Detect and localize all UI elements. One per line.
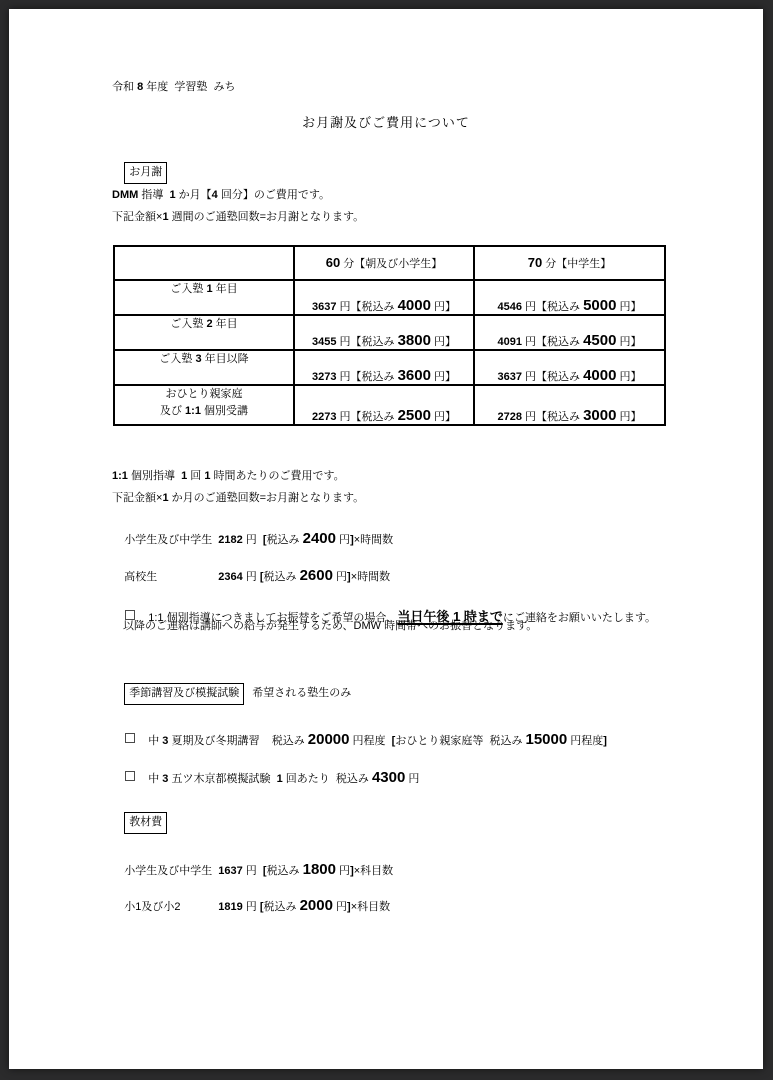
text-segment: 時間あたりのご費用です。	[210, 470, 344, 482]
text-segment: 円	[243, 534, 263, 546]
text-segment: 2273	[312, 411, 336, 423]
text-segment: 円【税込み	[336, 371, 397, 383]
text-segment: ×科目数	[354, 865, 393, 877]
text-segment: 3637	[312, 301, 336, 313]
text-segment: 指導	[138, 189, 169, 201]
page-title: お月謝及びご費用について	[9, 115, 763, 130]
text-segment: ご入塾	[170, 283, 206, 295]
text-segment: 3273	[312, 371, 336, 383]
text-segment: 年目以降	[202, 353, 249, 365]
text-segment: DMM	[112, 189, 138, 201]
doc-header: 令和 8 年度 学習塾 みち	[112, 80, 235, 95]
seasonal-course-fee: 中 3 夏期及び冬期講習 税込み 20000 円程度 [おひとり親家庭等 税込み…	[148, 735, 607, 747]
individual-intro-line-2: 下記金額×1 か月のご通塾回数=お月謝となります。	[112, 491, 364, 506]
fee-amount: 2182 円 [税込み 2400 円]×時間数	[218, 534, 393, 546]
text-segment: おひとり親家庭等 税込み	[395, 735, 525, 747]
text-segment: 税込み	[267, 865, 303, 877]
text-segment: 税込み	[264, 901, 300, 913]
row-label-year1: ご入塾 1 年目	[114, 280, 294, 315]
text-segment: 15000	[526, 731, 568, 748]
header-cell-60min: 60 分【朝及び小学生】	[294, 246, 474, 280]
fee-cell: 2728 円【税込み 3000 円】	[474, 385, 665, 425]
text-segment: 税込み	[267, 534, 303, 546]
text-segment: 令和	[112, 81, 137, 93]
text-segment: 五ツ木京都模擬試験	[168, 773, 276, 785]
text-segment: 円	[243, 865, 263, 877]
text-segment: 円	[336, 534, 350, 546]
header-cell-70min: 70 分【中学生】	[474, 246, 665, 280]
text-segment: 4500	[583, 332, 616, 349]
text-segment: 円】	[616, 411, 641, 423]
text-segment: 3455	[312, 336, 336, 348]
text-segment: 税込み	[264, 571, 300, 583]
materials-box-label: 教材費	[124, 812, 167, 834]
text-segment: 年度 学習塾 みち	[143, 81, 235, 93]
fee-cell: 3637 円【税込み 4000 円】	[294, 280, 474, 315]
section-materials: 教材費	[112, 797, 167, 849]
text-segment: 下記金額×	[112, 211, 162, 223]
text-segment: 1:1	[112, 470, 128, 482]
text-segment: 円】	[616, 336, 641, 348]
text-segment: 中	[148, 773, 162, 785]
seasonal-item-mock-exam: 中 3 五ツ木京都模擬試験 1 回あたり 税込み 4300 円	[113, 755, 419, 802]
viewer-background: { "doc": { "header": [ {"t":"令和 ","s":""…	[0, 0, 773, 1080]
text-segment: ×科目数	[351, 901, 390, 913]
header-cell-empty	[114, 246, 294, 280]
text-segment: 中	[148, 735, 162, 747]
text-segment: 分【朝及び小学生】	[340, 258, 442, 270]
text-segment: 円】	[431, 411, 456, 423]
text-segment: 4000	[583, 367, 616, 384]
text-segment: 夏期及び冬期講習 税込み	[168, 735, 307, 747]
seasonal-note: 希望される塾生のみ	[252, 687, 351, 699]
text-segment: 60	[326, 255, 340, 270]
checkbox-icon	[125, 733, 135, 743]
monthly-fee-table: 60 分【朝及び小学生】 70 分【中学生】 ご入塾 1 年目 3637 円【税…	[113, 245, 666, 426]
text-segment: 2728	[497, 411, 521, 423]
text-segment: 円】	[431, 336, 456, 348]
table-row: ご入塾 2 年目 3455 円【税込み 3800 円】 4091 円【税込み 4…	[114, 315, 665, 350]
text-segment: 回分】のご費用です。	[218, 189, 330, 201]
text-segment: 年目	[213, 283, 238, 295]
fee-name-label: 小1及び小2	[124, 900, 218, 915]
text-segment: ]	[603, 735, 607, 747]
monthly-fee-box-label: お月謝	[124, 162, 167, 184]
fee-cell: 3273 円【税込み 3600 円】	[294, 350, 474, 385]
text-segment: 3800	[398, 332, 431, 349]
mock-exam-fee: 中 3 五ツ木京都模擬試験 1 回あたり 税込み 4300 円	[148, 773, 419, 785]
text-segment: 円程度	[567, 735, 603, 747]
table-row: ご入塾 3 年目以降 3273 円【税込み 3600 円】 3637 円【税込み…	[114, 350, 665, 385]
fee-cell: 3455 円【税込み 3800 円】	[294, 315, 474, 350]
text-segment: 円】	[616, 371, 641, 383]
monthly-intro-line-1: DMM 指導 1 か月【4 回分】のご費用です。	[112, 188, 330, 203]
text-segment: 円【税込み	[336, 411, 397, 423]
row-label-year2: ご入塾 2 年目	[114, 315, 294, 350]
text-segment: 1637	[218, 865, 242, 877]
fee-cell: 4091 円【税込み 4500 円】	[474, 315, 665, 350]
text-segment: ご入塾	[170, 318, 206, 330]
text-segment: 70	[528, 255, 542, 270]
text-segment: 円程度	[349, 735, 391, 747]
seasonal-box-label: 季節講習及び模擬試験	[124, 683, 244, 705]
fee-amount: 1637 円 [税込み 1800 円]×科目数	[218, 865, 393, 877]
text-segment: 4000	[398, 297, 431, 314]
text-segment: ご入塾	[159, 353, 195, 365]
text-segment: 年目	[213, 318, 238, 330]
text-segment: 3637	[497, 371, 521, 383]
text-segment: 個別指導	[128, 470, 181, 482]
text-segment: 円【税込み	[336, 301, 397, 313]
text-segment: 1819	[218, 901, 242, 913]
text-segment: 回	[187, 470, 204, 482]
table-header-row: 60 分【朝及び小学生】 70 分【中学生】	[114, 246, 665, 280]
text-segment: ×時間数	[351, 571, 390, 583]
text-segment: 回あたり 税込み	[283, 773, 372, 785]
text-segment: 円	[336, 865, 350, 877]
text-segment: 3000	[583, 407, 616, 424]
text-segment: 分【中学生】	[542, 258, 611, 270]
text-segment: 円【税込み	[522, 336, 583, 348]
transfer-note-line-2: 以降のご連絡は講師への給与が発生するため、DMW 時間帯へのお振替となります。	[123, 619, 537, 634]
fee-name-label: 小学生及び中学生	[124, 533, 218, 548]
text-segment: 4546	[497, 301, 521, 313]
table-row: おひとり親家庭 及び 1:1 個別受講 2273 円【税込み 2500 円】 2…	[114, 385, 665, 425]
text-segment: 円【税込み	[522, 371, 583, 383]
text-segment: 1:1	[185, 405, 201, 417]
text-segment: か月のご通塾回数=お月謝となります。	[169, 492, 365, 504]
fee-cell: 3637 円【税込み 4000 円】	[474, 350, 665, 385]
materials-fee-grade1-2: 小1及び小21819 円 [税込み 2000 円]×科目数	[112, 883, 390, 930]
text-segment: 円	[243, 571, 260, 583]
text-segment: 下記金額×	[112, 492, 162, 504]
individual-fee-highschool: 高校生2364 円 [税込み 2600 円]×時間数	[112, 553, 390, 600]
text-segment: 1800	[303, 861, 336, 878]
individual-intro-line-1: 1:1 個別指導 1 回 1 時間あたりのご費用です。	[112, 469, 345, 484]
text-segment: 4300	[372, 769, 405, 786]
fee-amount: 1819 円 [税込み 2000 円]×科目数	[218, 901, 390, 913]
text-segment: 2182	[218, 534, 242, 546]
text-segment: 2600	[300, 567, 333, 584]
text-segment: 円】	[431, 301, 456, 313]
section-seasonal: 季節講習及び模擬試験希望される塾生のみ	[112, 668, 351, 720]
text-segment: 2000	[300, 897, 333, 914]
text-segment: 円】	[616, 301, 641, 313]
table-row: ご入塾 1 年目 3637 円【税込み 4000 円】 4546 円【税込み 5…	[114, 280, 665, 315]
text-segment: ×時間数	[354, 534, 393, 546]
text-segment: 2500	[398, 407, 431, 424]
text-segment: 円	[333, 901, 347, 913]
text-segment: 4091	[497, 336, 521, 348]
text-segment: 2400	[303, 530, 336, 547]
text-segment: 5000	[583, 297, 616, 314]
text-segment: 円	[405, 773, 419, 785]
fee-cell: 4546 円【税込み 5000 円】	[474, 280, 665, 315]
text-segment: 円【税込み	[522, 411, 583, 423]
fee-name-label: 小学生及び中学生	[124, 864, 218, 879]
checkbox-icon	[125, 771, 135, 781]
text-segment: 円【税込み	[522, 301, 583, 313]
row-label-single-parent: おひとり親家庭 及び 1:1 個別受講	[114, 385, 294, 425]
monthly-intro-line-2: 下記金額×1 週間のご通塾回数=お月謝となります。	[112, 210, 364, 225]
text-segment: か月【	[176, 189, 212, 201]
fee-amount: 2364 円 [税込み 2600 円]×時間数	[218, 571, 390, 583]
text-segment: 20000	[308, 731, 350, 748]
text-segment: 円【税込み	[336, 336, 397, 348]
document-page: 令和 8 年度 学習塾 みち お月謝及びご費用について お月謝 DMM 指導 1…	[9, 9, 763, 1069]
fee-name-label: 高校生	[124, 570, 218, 585]
text-segment: 2364	[218, 571, 242, 583]
text-segment: 円	[333, 571, 347, 583]
text-segment: 円】	[431, 371, 456, 383]
fee-cell: 2273 円【税込み 2500 円】	[294, 385, 474, 425]
text-segment: 個別受講	[201, 405, 248, 417]
text-segment: 週間のご通塾回数=お月謝となります。	[169, 211, 365, 223]
row-label-year3plus: ご入塾 3 年目以降	[114, 350, 294, 385]
text-segment: 円	[243, 901, 260, 913]
text-segment: 3600	[398, 367, 431, 384]
